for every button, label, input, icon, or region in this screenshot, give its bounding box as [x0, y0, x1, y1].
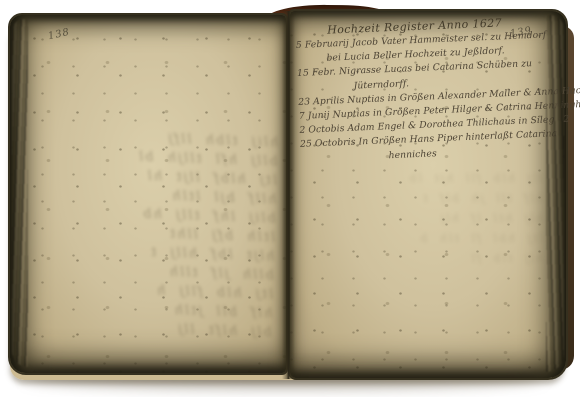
- bleedthrough-line: blij lhf tllj hb: [81, 203, 277, 229]
- book-gutter: [282, 11, 295, 379]
- manuscript-text: Hochzeit Register Anno 1627 5 Februarij …: [295, 13, 569, 167]
- bleedthrough-line: ltj hlb fllj h: [78, 279, 274, 305]
- bleedthrough-line: tlj hlb fll hjt lb: [308, 169, 543, 189]
- bleedthrough-line: hlf tll jh blf t: [308, 189, 543, 209]
- bleedthrough-line: blj hlft llj: [77, 317, 273, 343]
- bleedthrough-line: hlij tlbh llfj: [83, 127, 279, 153]
- bleedthrough-text-right: tlj hlb fll hjt lb hlf tll jh blf t blj …: [308, 169, 543, 269]
- bleedthrough-line: hllf bjl ltlh: [81, 184, 277, 210]
- bleedthrough-line: hljt lbf hllj t: [79, 241, 275, 267]
- bleedthrough-line: hlf bll jtlh: [77, 298, 273, 324]
- bleedthrough-line: ltj hbl fl tlh b: [308, 229, 543, 249]
- open-book: 138 hlij tlbh llfj bllj hfl tlljh bl ltj…: [0, 0, 580, 397]
- bleedthrough-line: ltj hlbf lljt hl: [82, 165, 278, 191]
- page-number-left: 138: [47, 27, 71, 42]
- bleedthrough-line: bllh jlf tllh: [79, 260, 275, 286]
- bleedthrough-line: blj htl lf hlj: [308, 209, 543, 229]
- page-right: 139 Hochzeit Register Anno 1627 5 Februa…: [288, 9, 568, 380]
- bleedthrough-line: bllj hfl tlljh bl: [83, 146, 279, 172]
- bleedthrough-text-left: hlij tlbh llfj bllj hfl tlljh bl ltj hlb…: [76, 127, 278, 352]
- page-left: 138 hlij tlbh llfj bllj hfl tlljh bl ltj…: [8, 13, 288, 375]
- bleedthrough-line: ltlh bfj llht: [80, 222, 276, 248]
- bleedthrough-line: hlj tlb fl: [308, 249, 543, 269]
